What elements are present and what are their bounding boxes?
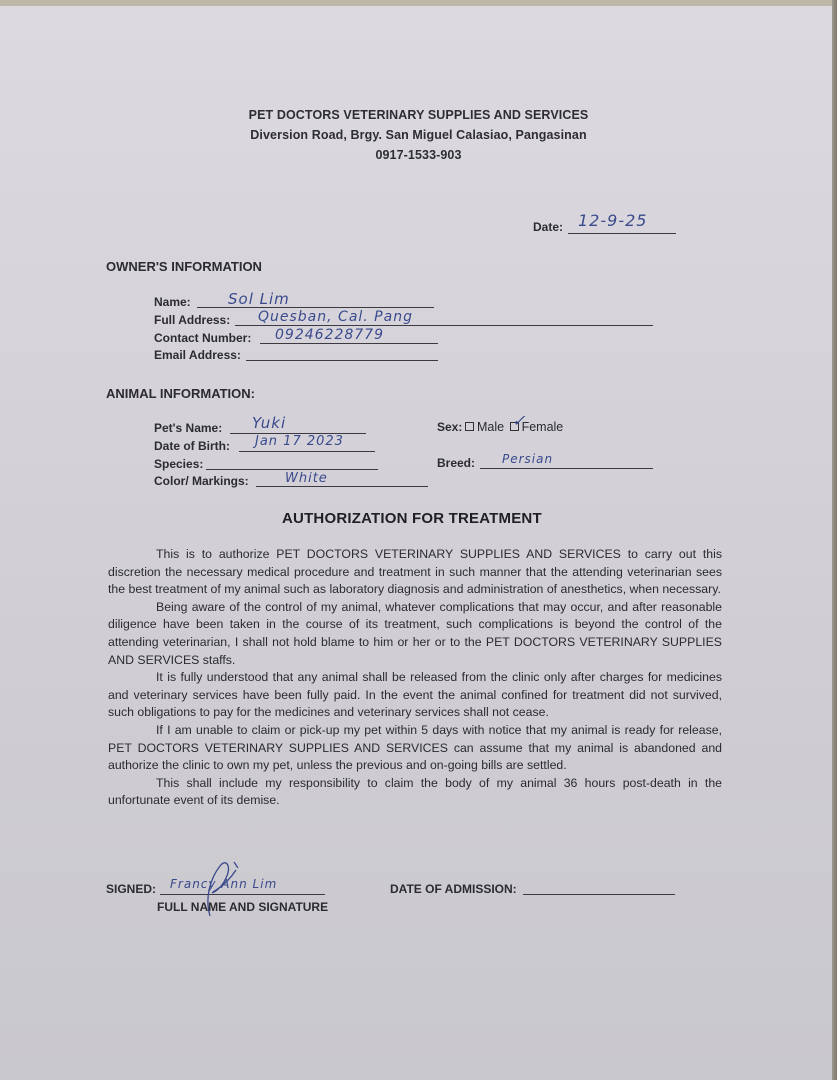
owner-address-line (235, 325, 653, 326)
date-line (568, 233, 676, 234)
pet-name-label: Pet's Name: (154, 421, 222, 435)
owner-section-title: OWNER'S INFORMATION (106, 259, 262, 274)
owner-contact-line (260, 343, 438, 344)
paragraph-2: Being aware of the control of my animal,… (108, 599, 722, 669)
sex-label: Sex: (437, 420, 462, 434)
pet-name-field[interactable]: Yuki (252, 414, 286, 432)
paragraph-3: It is fully understood that any animal s… (108, 669, 722, 722)
male-checkbox[interactable] (465, 422, 474, 431)
paragraph-1: This is to authorize PET DOCTORS VETERIN… (108, 546, 722, 599)
business-address: Diversion Road, Brgy. San Miguel Calasia… (0, 128, 837, 142)
dob-line (239, 451, 375, 452)
owner-email-field[interactable] (246, 360, 438, 361)
admission-date-label: DATE OF ADMISSION: (390, 882, 517, 896)
male-label: Male (477, 420, 504, 434)
date-label: Date: (533, 220, 563, 234)
color-field[interactable]: White (285, 471, 328, 486)
paper-edge (832, 0, 837, 1080)
owner-address-field[interactable]: Quesban, Cal. Pang (258, 309, 413, 325)
paragraph-5: This shall include my responsibility to … (108, 775, 722, 810)
business-phone: 0917-1533-903 (0, 148, 837, 162)
form-paper (0, 6, 832, 1080)
authorization-title: AUTHORIZATION FOR TREATMENT (282, 510, 542, 527)
signature-scribble-icon (196, 856, 256, 926)
color-label: Color/ Markings: (154, 474, 249, 488)
dob-label: Date of Birth: (154, 439, 230, 453)
owner-contact-field[interactable]: 09246228779 (275, 327, 384, 343)
animal-section-title: ANIMAL INFORMATION: (106, 386, 255, 401)
species-field[interactable] (206, 469, 378, 470)
business-name: PET DOCTORS VETERINARY SUPPLIES AND SERV… (0, 108, 837, 122)
checkmark-icon: ✓ (512, 411, 525, 431)
species-label: Species: (154, 457, 203, 471)
female-label: Female (522, 420, 564, 434)
owner-contact-label: Contact Number: (154, 331, 251, 345)
dob-field[interactable]: Jan 17 2023 (255, 434, 344, 449)
owner-email-label: Email Address: (154, 348, 241, 362)
date-field[interactable]: 12-9-25 (578, 211, 647, 230)
owner-name-label: Name: (154, 295, 191, 309)
signature-caption: FULL NAME AND SIGNATURE (157, 900, 328, 914)
owner-address-label: Full Address: (154, 313, 230, 327)
authorization-body: This is to authorize PET DOCTORS VETERIN… (108, 546, 722, 810)
breed-field[interactable]: Persian (502, 452, 553, 466)
breed-label: Breed: (437, 456, 475, 470)
admission-date-field[interactable] (523, 894, 675, 895)
color-line (256, 486, 428, 487)
signed-label: SIGNED: (106, 882, 156, 896)
owner-name-field[interactable]: Sol Lim (228, 290, 290, 308)
breed-line (480, 468, 653, 469)
paragraph-4: If I am unable to claim or pick-up my pe… (108, 722, 722, 775)
